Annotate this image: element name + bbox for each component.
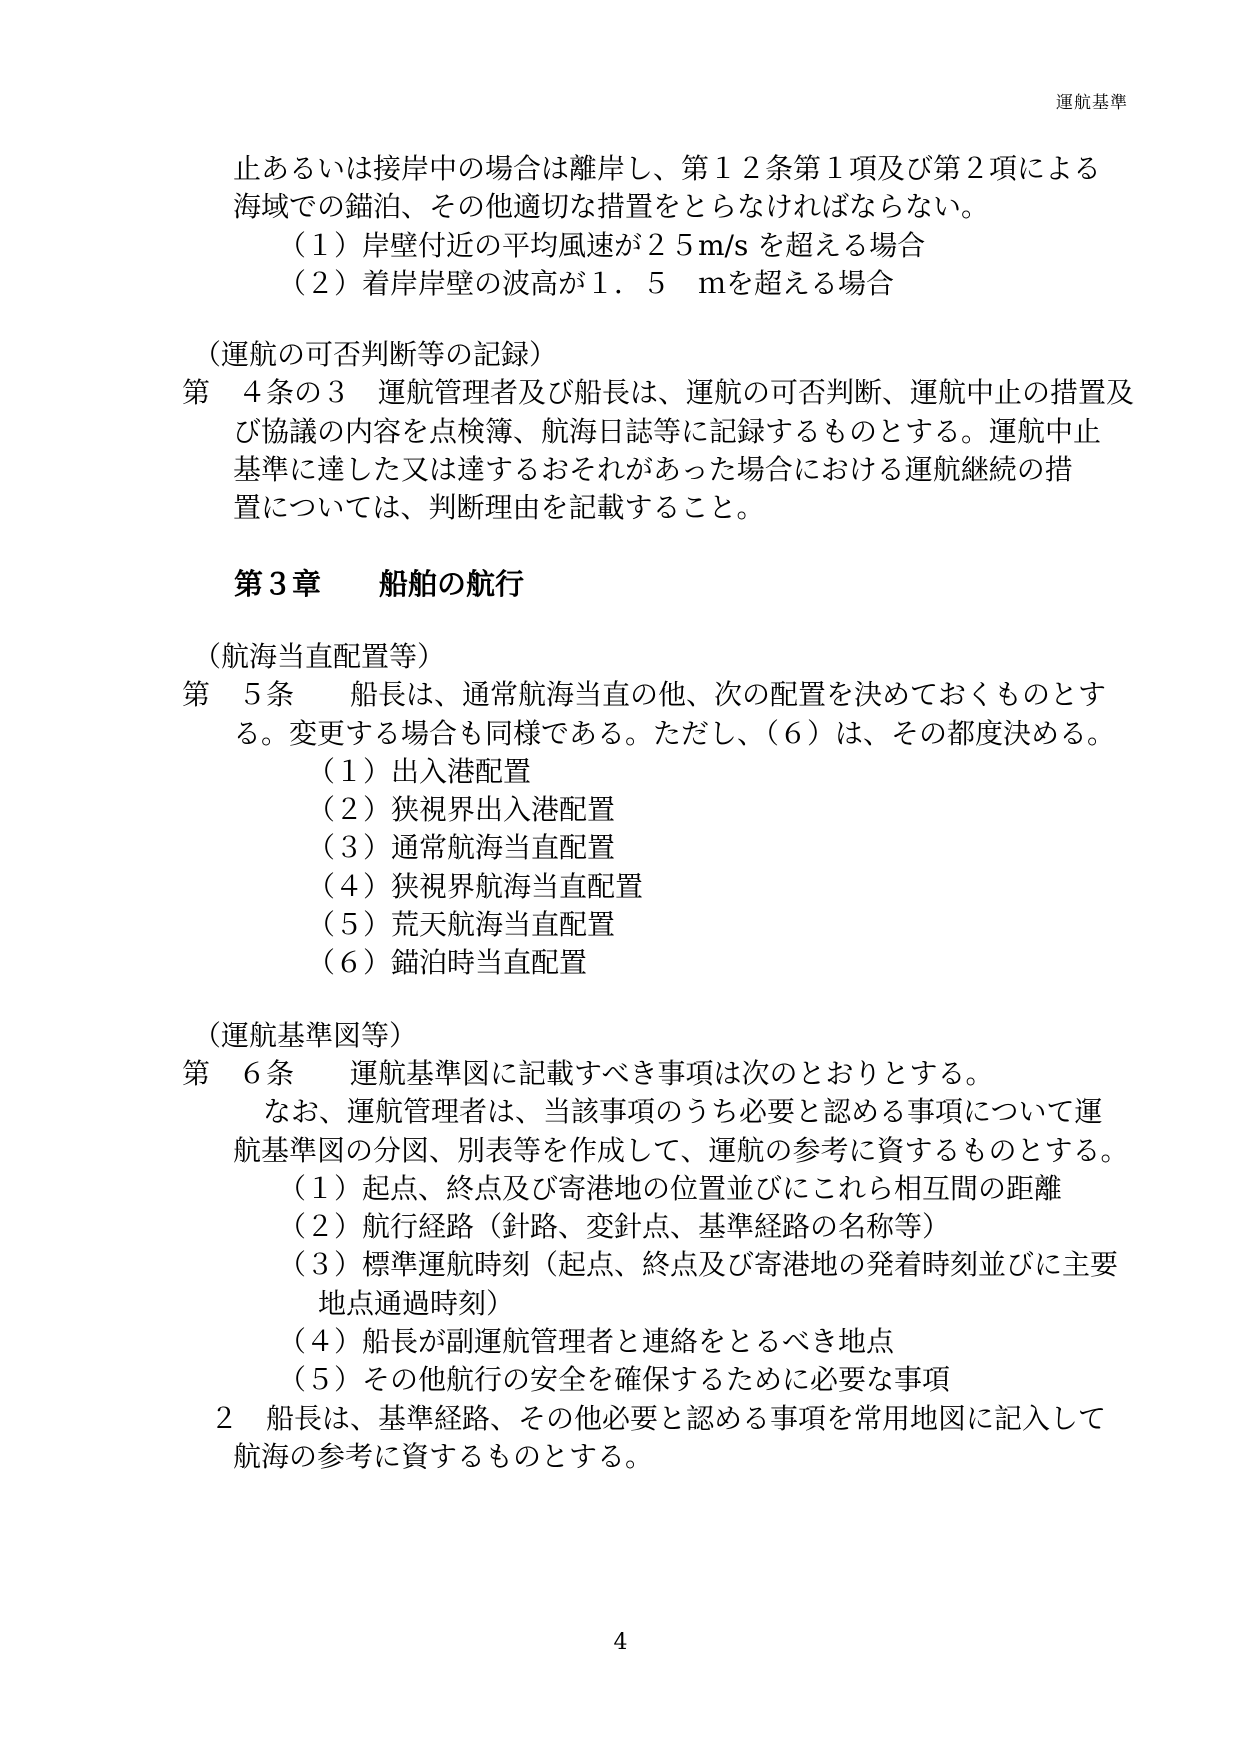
article-4-3-caption: （運航の可否判断等の記録） <box>193 336 1241 374</box>
document-body: 止あるいは接岸中の場合は離岸し、第１２条第１項及び第２項による 海域での錨泊、そ… <box>0 150 1241 1476</box>
document-page: 運航基準 止あるいは接岸中の場合は離岸し、第１２条第１項及び第２項による 海域で… <box>0 0 1241 1755</box>
intro-line-1: 止あるいは接岸中の場合は離岸し、第１２条第１項及び第２項による <box>233 150 1241 188</box>
article-6-item-5: （５）その他航行の安全を確保するために必要な事項 <box>278 1361 1241 1399</box>
article-6-item-4: （４）船長が副運航管理者と連絡をとるべき地点 <box>278 1323 1241 1361</box>
article-4-3-line-1: 第 ４条の３ 運航管理者及び船長は、運航の可否判断、運航中止の措置及 <box>182 374 1241 412</box>
article-5-line-1: 第 ５条 船長は、通常航海当直の他、次の配置を決めておくものとす <box>182 676 1241 714</box>
article-6-line-2: なお、運航管理者は、当該事項のうち必要と認める事項について運 <box>263 1093 1241 1131</box>
article-5-item-2: （２）狭視界出入港配置 <box>307 791 1241 829</box>
article-5-caption: （航海当直配置等） <box>193 638 1241 676</box>
section-gap <box>0 528 1241 565</box>
article-6-item-3: （３）標準運航時刻（起点、終点及び寄港地の発着時刻並びに主要 <box>278 1246 1241 1284</box>
section-gap <box>0 603 1241 638</box>
article-6-line-1: 第 ６条 運航基準図に記載すべき事項は次のとおりとする。 <box>182 1055 1241 1093</box>
article-5-item-5: （５）荒天航海当直配置 <box>307 906 1241 944</box>
article-6-item-3-cont: 地点通過時刻） <box>318 1285 1241 1323</box>
article-5-item-6: （６）錨泊時当直配置 <box>307 944 1241 982</box>
chapter-3-title: 第３章 船舶の航行 <box>234 565 1241 603</box>
article-6-item-1: （１）起点、終点及び寄港地の位置並びにこれら相互間の距離 <box>278 1170 1241 1208</box>
section-gap <box>0 983 1241 1017</box>
page-number: 4 <box>0 1630 1241 1655</box>
article-5-item-4: （４）狭視界航海当直配置 <box>307 868 1241 906</box>
article-6-para-2-line-1: ２ 船長は、基準経路、その他必要と認める事項を常用地図に記入して <box>210 1400 1241 1438</box>
article-6-item-2: （２）航行経路（針路、変針点、基準経路の名称等） <box>278 1208 1241 1246</box>
article-4-3-line-3: 基準に達した又は達するおそれがあった場合における運航継続の措 <box>233 451 1241 489</box>
article-5-line-2: る。変更する場合も同様である。ただし、（６）は、その都度決める。 <box>233 715 1241 753</box>
article-6-caption: （運航基準図等） <box>193 1017 1241 1055</box>
running-header: 運航基準 <box>1056 88 1128 113</box>
section-gap <box>0 303 1241 336</box>
article-4-3-line-2: び協議の内容を点検簿、航海日誌等に記録するものとする。運航中止 <box>233 413 1241 451</box>
article-6-para-2-line-2: 航海の参考に資するものとする。 <box>233 1438 1241 1476</box>
article-6-line-3: 航基準図の分図、別表等を作成して、運航の参考に資するものとする。 <box>233 1132 1241 1170</box>
article-5-item-1: （１）出入港配置 <box>307 753 1241 791</box>
intro-line-2: 海域での錨泊、その他適切な措置をとらなければならない。 <box>233 188 1241 226</box>
intro-item-2: （２）着岸岸壁の波高が１．５ ｍを超える場合 <box>278 265 1241 303</box>
article-4-3-line-4: 置については、判断理由を記載すること。 <box>233 489 1241 527</box>
article-5-item-3: （３）通常航海当直配置 <box>307 829 1241 867</box>
intro-item-1: （１）岸壁付近の平均風速が２５m/s を超える場合 <box>278 227 1241 265</box>
